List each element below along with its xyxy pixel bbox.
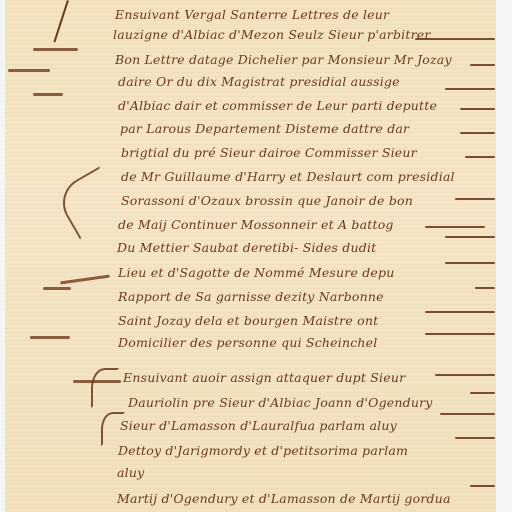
line-filler xyxy=(460,132,495,134)
margin-slash-mark xyxy=(53,0,68,42)
line-filler xyxy=(440,413,495,415)
line-text: de Maij Continuer Mossonneir et A battog xyxy=(118,217,394,232)
line-filler xyxy=(415,38,495,40)
margin-dash xyxy=(60,275,110,285)
text-line-13: Rapport de Sa garnisse dezity Narbonne xyxy=(118,282,384,304)
text-line-6: par Larous Departement Disteme dattre da… xyxy=(120,114,409,136)
line-filler xyxy=(470,64,495,66)
text-line-5: d'Albiac dair et commisser de Leur parti… xyxy=(118,91,437,113)
line-filler xyxy=(455,198,495,200)
line-text: Du Mettier Saubat deretibi- Sides dudit xyxy=(117,240,376,255)
line-filler xyxy=(455,437,495,439)
line-filler xyxy=(445,262,495,264)
line-text: Bon Lettre datage Dichelier par Monsieur… xyxy=(115,52,452,67)
line-text: par Larous Departement Disteme dattre da… xyxy=(120,121,409,136)
text-line-11: Du Mettier Saubat deretibi- Sides dudit xyxy=(117,233,376,255)
text-line-12: Lieu et d'Sagotte de Nommé Mesure depu xyxy=(118,258,394,280)
text-line-4: daire Or du dix Magistrat presidial auss… xyxy=(118,67,400,89)
line-text: Domicilier des personne qui Scheinchel xyxy=(118,335,377,350)
line-filler xyxy=(465,156,495,158)
line-filler xyxy=(470,392,495,394)
line-text: Sorassoni d'Ozaux brossin que Janoir de … xyxy=(121,193,413,208)
line-text: Ensuivant auoir assign attaquer dupt Sie… xyxy=(123,370,405,385)
line-filler xyxy=(425,311,495,313)
text-line-10: de Maij Continuer Mossonneir et A battog xyxy=(118,210,394,232)
line-filler xyxy=(445,236,495,238)
text-line-18: Sieur d'Lamasson d'Lauralfua parlam aluy xyxy=(120,411,397,433)
line-text: d'Albiac dair et commisser de Leur parti… xyxy=(118,98,437,113)
line-text: Rapport de Sa garnisse dezity Narbonne xyxy=(118,289,384,304)
line-filler xyxy=(475,287,495,289)
text-line-21: Martij d'Ogendury et d'Lamasson de Marti… xyxy=(117,484,451,506)
text-line-17: Dauriolin pre Sieur d'Albiac Joann d'Oge… xyxy=(128,388,433,410)
line-filler xyxy=(445,88,495,90)
line-filler xyxy=(425,226,485,228)
line-text: Martij d'Ogendury et d'Lamasson de Marti… xyxy=(117,491,451,506)
text-line-16: Ensuivant auoir assign attaquer dupt Sie… xyxy=(123,363,405,385)
margin-dash xyxy=(33,48,78,51)
line-text: brigtial du pré Sieur dairoe Commisser S… xyxy=(121,145,417,160)
line-text: Lieu et d'Sagotte de Nommé Mesure depu xyxy=(118,265,394,280)
line-text: aluy xyxy=(117,465,144,480)
line-text: de Mr Guillaume d'Harry et Deslaurt com … xyxy=(121,169,455,184)
text-line-19: Dettoy d'Jarigmordy et d'petitsorima par… xyxy=(118,436,408,458)
text-line-1: Ensuivant Vergal Santerre Lettres de leu… xyxy=(115,0,389,22)
flourish xyxy=(91,368,119,408)
line-filler xyxy=(435,374,495,376)
text-line-3: Bon Lettre datage Dichelier par Monsieur… xyxy=(115,45,452,67)
line-text: Dettoy d'Jarigmordy et d'petitsorima par… xyxy=(118,443,408,458)
text-line-8: de Mr Guillaume d'Harry et Deslaurt com … xyxy=(121,162,455,184)
text-line-15: Domicilier des personne qui Scheinchel xyxy=(118,328,377,350)
line-filler xyxy=(460,108,495,110)
margin-dash xyxy=(30,336,70,339)
margin-dash xyxy=(33,93,63,96)
line-text: daire Or du dix Magistrat presidial auss… xyxy=(118,74,400,89)
text-line-7: brigtial du pré Sieur dairoe Commisser S… xyxy=(121,138,417,160)
manuscript-page: Ensuivant Vergal Santerre Lettres de leu… xyxy=(5,0,496,512)
line-text: Dauriolin pre Sieur d'Albiac Joann d'Oge… xyxy=(128,395,433,410)
line-text: lauzigne d'Albiac d'Mezon Seulz Sieur p'… xyxy=(113,27,431,42)
flourish xyxy=(53,166,127,240)
line-text: Saint Jozay dela et bourgen Maistre ont xyxy=(118,313,378,328)
text-line-9: Sorassoni d'Ozaux brossin que Janoir de … xyxy=(121,186,413,208)
margin-dash xyxy=(43,287,71,290)
text-line-14: Saint Jozay dela et bourgen Maistre ont xyxy=(118,306,378,328)
margin-dash xyxy=(8,69,50,72)
line-text: Sieur d'Lamasson d'Lauralfua parlam aluy xyxy=(120,418,397,433)
line-filler xyxy=(470,485,495,487)
line-filler xyxy=(425,333,495,335)
text-line-20: aluy xyxy=(117,458,144,480)
text-line-2: lauzigne d'Albiac d'Mezon Seulz Sieur p'… xyxy=(113,20,431,42)
